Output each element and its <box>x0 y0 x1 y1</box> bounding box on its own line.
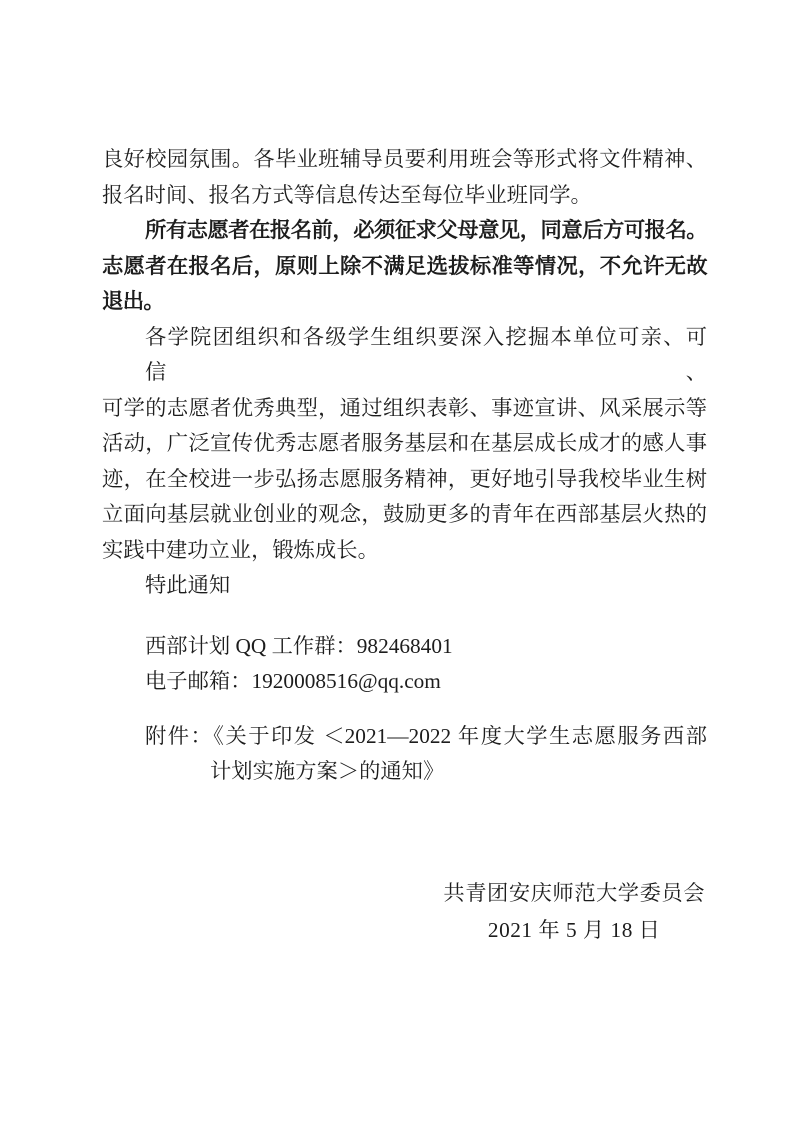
paragraph-body-emphasis: 所有志愿者在报名前，必须征求父母意见，同意后方可报名。志愿者在报名后，原则上除不… <box>102 213 707 320</box>
paragraph-closing: 特此通知 <box>102 568 707 604</box>
text-line: 计划实施方案＞的通知》 <box>102 754 707 790</box>
paragraph-contact-qq: 西部计划 QQ 工作群：982468401 <box>102 629 707 665</box>
text-line: 特此通知 <box>102 568 707 604</box>
text-line: 实践中建功立业，锻炼成长。 <box>102 533 707 569</box>
text-line: 各学院团组织和各级学生组织要深入挖掘本单位可亲、可信、 <box>102 320 707 391</box>
text-line: 可学的志愿者优秀典型，通过组织表彰、事迹宣讲、风采展示等 <box>102 391 707 427</box>
paragraph-contact-email: 电子邮箱：1920008516@qq.com <box>102 664 707 700</box>
text-line: 退出。 <box>102 284 707 320</box>
document-page: 良好校园氛围。各毕业班辅导员要利用班会等形式将文件精神、报名时间、报名方式等信息… <box>0 0 794 1123</box>
text-line: 附件：《关于印发 ＜2021—2022 年度大学生志愿服务西部 <box>102 719 707 755</box>
paragraph-body: 各学院团组织和各级学生组织要深入挖掘本单位可亲、可信、可学的志愿者优秀典型，通过… <box>102 320 707 569</box>
text-line: 迹，在全校进一步弘扬志愿服务精神，更好地引导我校毕业生树 <box>102 462 707 498</box>
text-line: 所有志愿者在报名前，必须征求父母意见，同意后方可报名。 <box>102 213 707 249</box>
text-line: 电子邮箱：1920008516@qq.com <box>102 664 707 700</box>
text-line: 活动，广泛宣传优秀志愿者服务基层和在基层成长成才的感人事 <box>102 426 707 462</box>
signature-block: 共青团安庆师范大学委员会 2021 年 5 月 18 日 <box>443 875 705 949</box>
text-line: 志愿者在报名后，原则上除不满足选拔标准等情况，不允许无故 <box>102 249 707 285</box>
text-line: 良好校园氛围。各毕业班辅导员要利用班会等形式将文件精神、 <box>102 142 707 178</box>
paragraph-body-continuation: 良好校园氛围。各毕业班辅导员要利用班会等形式将文件精神、报名时间、报名方式等信息… <box>102 142 707 213</box>
document-content: 良好校园氛围。各毕业班辅导员要利用班会等形式将文件精神、报名时间、报名方式等信息… <box>102 142 707 949</box>
text-line: 报名时间、报名方式等信息传达至每位毕业班同学。 <box>102 178 707 214</box>
signature-organization: 共青团安庆师范大学委员会 <box>443 875 705 912</box>
paragraph-attachment: 附件：《关于印发 ＜2021—2022 年度大学生志愿服务西部计划实施方案＞的通… <box>102 719 707 790</box>
text-line: 西部计划 QQ 工作群：982468401 <box>102 629 707 665</box>
signature-date: 2021 年 5 月 18 日 <box>443 912 705 949</box>
text-line: 立面向基层就业创业的观念，鼓励更多的青年在西部基层火热的 <box>102 497 707 533</box>
document-body: 良好校园氛围。各毕业班辅导员要利用班会等形式将文件精神、报名时间、报名方式等信息… <box>102 142 707 790</box>
